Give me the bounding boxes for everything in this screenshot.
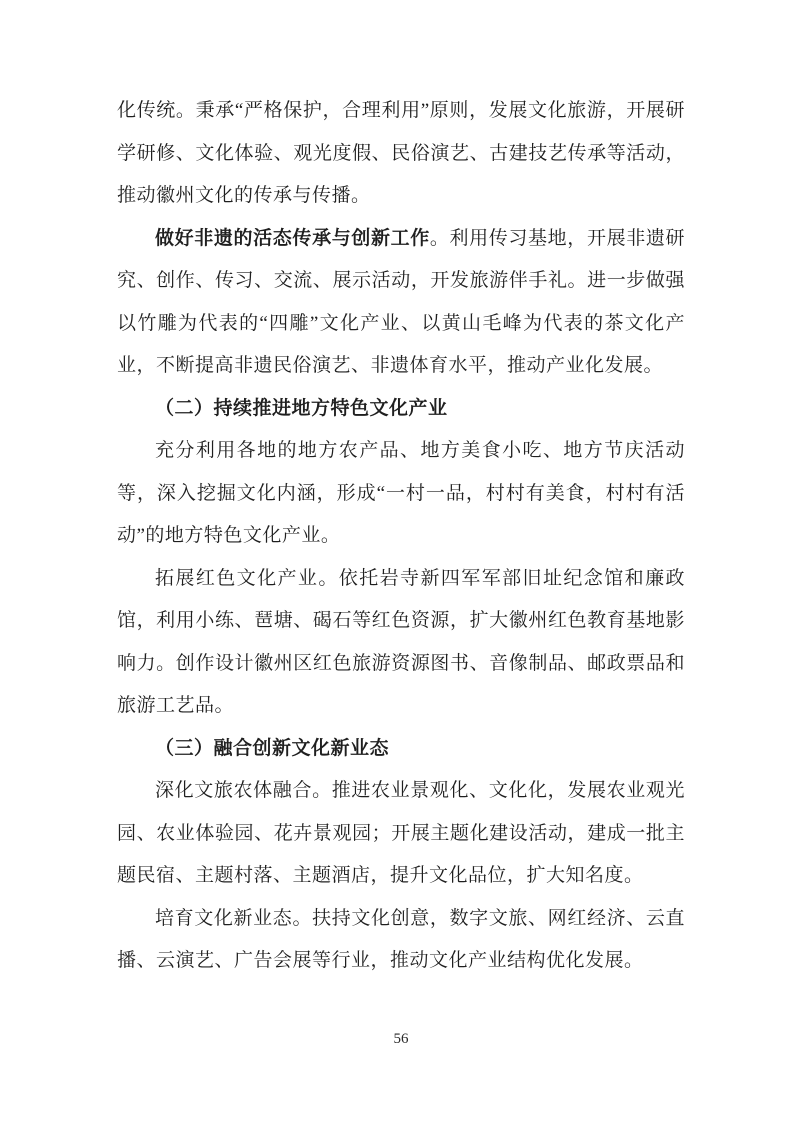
paragraph-local-specialty: 充分利用各地的地方农产品、地方美食小吃、地方节庆活动等，深入挖掘文化内涵，形成“… <box>117 430 685 558</box>
document-body: 化传统。秉承“严格保护，合理利用”原则，发展文化旅游，开展研学研修、文化体验、观… <box>117 90 685 983</box>
paragraph-new-business-forms: 培育文化新业态。扶持文化创意，数字文旅、网红经济、云直播、云演艺、广告会展等行业… <box>117 898 685 983</box>
paragraph-continuation: 化传统。秉承“严格保护，合理利用”原则，发展文化旅游，开展研学研修、文化体验、观… <box>117 90 685 218</box>
page-footer: 56 <box>117 1030 685 1048</box>
document-page: 化传统。秉承“严格保护，合理利用”原则，发展文化旅游，开展研学研修、文化体验、观… <box>0 0 793 1122</box>
page-number: 56 <box>394 1031 409 1047</box>
section-heading-local-culture-industry: （二）持续推进地方特色文化产业 <box>117 388 685 431</box>
paragraph-culture-tourism-agriculture: 深化文旅农体融合。推进农业景观化、文化化，发展农业观光园、农业体验园、花卉景观园… <box>117 770 685 898</box>
paragraph-intangible-heritage: 做好非遗的活态传承与创新工作。利用传习基地，开展非遗研究、创作、传习、交流、展示… <box>117 218 685 388</box>
paragraph-red-culture: 拓展红色文化产业。依托岩寺新四军军部旧址纪念馆和廉政馆，利用小练、琶塘、碣石等红… <box>117 558 685 728</box>
paragraph-body-text: 。利用传习基地，开展非遗研究、创作、传习、交流、展示活动，开发旅游伴手礼。进一步… <box>117 228 685 377</box>
paragraph-bold-lead: 做好非遗的活态传承与创新工作 <box>155 228 430 249</box>
section-heading-new-culture-formats: （三）融合创新文化新业态 <box>117 728 685 771</box>
